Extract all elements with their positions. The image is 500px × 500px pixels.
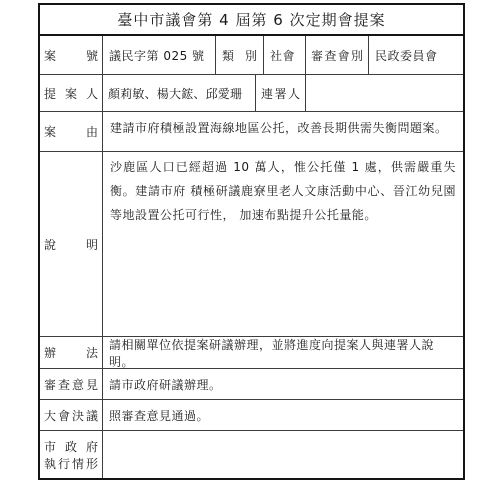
review-committee-value: 民政委員會 [369,36,463,74]
subject-row: 案由 建請市府積極設置海線地區公托，改善長期供需失衡問題案。 [40,112,463,152]
assembly-resolution-value: 照審查意見通過。 [103,400,463,430]
review-committee-label-cell: 審查會別 [306,36,369,74]
proposer-row: 提案人 顏莉敏、楊大鋐、邱愛珊 連署人 [40,75,463,112]
assembly-resolution-label-cell: 大會決議 [40,400,103,430]
proposer-label: 提案人 [44,85,98,102]
review-committee-label: 審查會別 [311,47,363,64]
co-signer-value [306,75,463,111]
explanation-label: 說明 [44,236,98,253]
review-opinion-label: 審查意見 [44,376,98,393]
document-page: 臺中市議會第 4 屆第 6 次定期會提案 案號 議民字第 025 號 類別 社會… [0,0,500,500]
city-gov-execution-label-line2: 執行情形 [44,455,98,472]
city-gov-execution-label-line1: 市政府 [44,438,98,455]
review-opinion-label-cell: 審查意見 [40,369,103,399]
method-row: 辦法 請相關單位依提案研議辦理，並將進度向提案人與連署人說明。 [40,337,463,369]
case-number-label-cell: 案號 [40,36,103,74]
case-number-label: 案號 [44,47,98,64]
title-row: 臺中市議會第 4 屆第 6 次定期會提案 [40,5,463,36]
proposer-value: 顏莉敏、楊大鋐、邱愛珊 [103,75,256,111]
co-signer-label-cell: 連署人 [256,75,306,111]
page-title: 臺中市議會第 4 屆第 6 次定期會提案 [117,9,385,30]
city-gov-execution-value [103,431,463,478]
case-number-row: 案號 議民字第 025 號 類別 社會 審查會別 民政委員會 [40,36,463,75]
explanation-row: 說明 沙鹿區人口已經超過 10 萬人，惟公托僅 1 處，供需嚴重失衡。建請市府 … [40,152,463,337]
case-number-value: 議民字第 025 號 [103,36,216,74]
review-opinion-value: 請市政府研議辦理。 [103,369,463,399]
review-opinion-row: 審查意見 請市政府研議辦理。 [40,369,463,400]
category-label-cell: 類別 [216,36,264,74]
method-label: 辦法 [44,344,98,361]
method-value: 請相關單位依提案研議辦理，並將進度向提案人與連署人說明。 [103,337,463,368]
subject-label-cell: 案由 [40,112,103,151]
proposer-label-cell: 提案人 [40,75,103,111]
category-value: 社會 [264,36,306,74]
method-label-cell: 辦法 [40,337,103,368]
assembly-resolution-label: 大會決議 [44,407,98,424]
subject-label: 案由 [44,123,98,140]
category-label: 類別 [222,47,257,64]
city-gov-execution-row: 市政府 執行情形 [40,431,463,478]
city-gov-execution-label-cell: 市政府 執行情形 [40,431,103,478]
assembly-resolution-row: 大會決議 照審查意見通過。 [40,400,463,431]
explanation-label-cell: 說明 [40,152,103,336]
proposal-form-table: 臺中市議會第 4 屆第 6 次定期會提案 案號 議民字第 025 號 類別 社會… [38,3,465,480]
subject-value: 建請市府積極設置海線地區公托，改善長期供需失衡問題案。 [103,112,463,151]
co-signer-label: 連署人 [261,85,300,102]
explanation-value: 沙鹿區人口已經超過 10 萬人，惟公托僅 1 處，供需嚴重失衡。建請市府 積極研… [103,152,463,336]
